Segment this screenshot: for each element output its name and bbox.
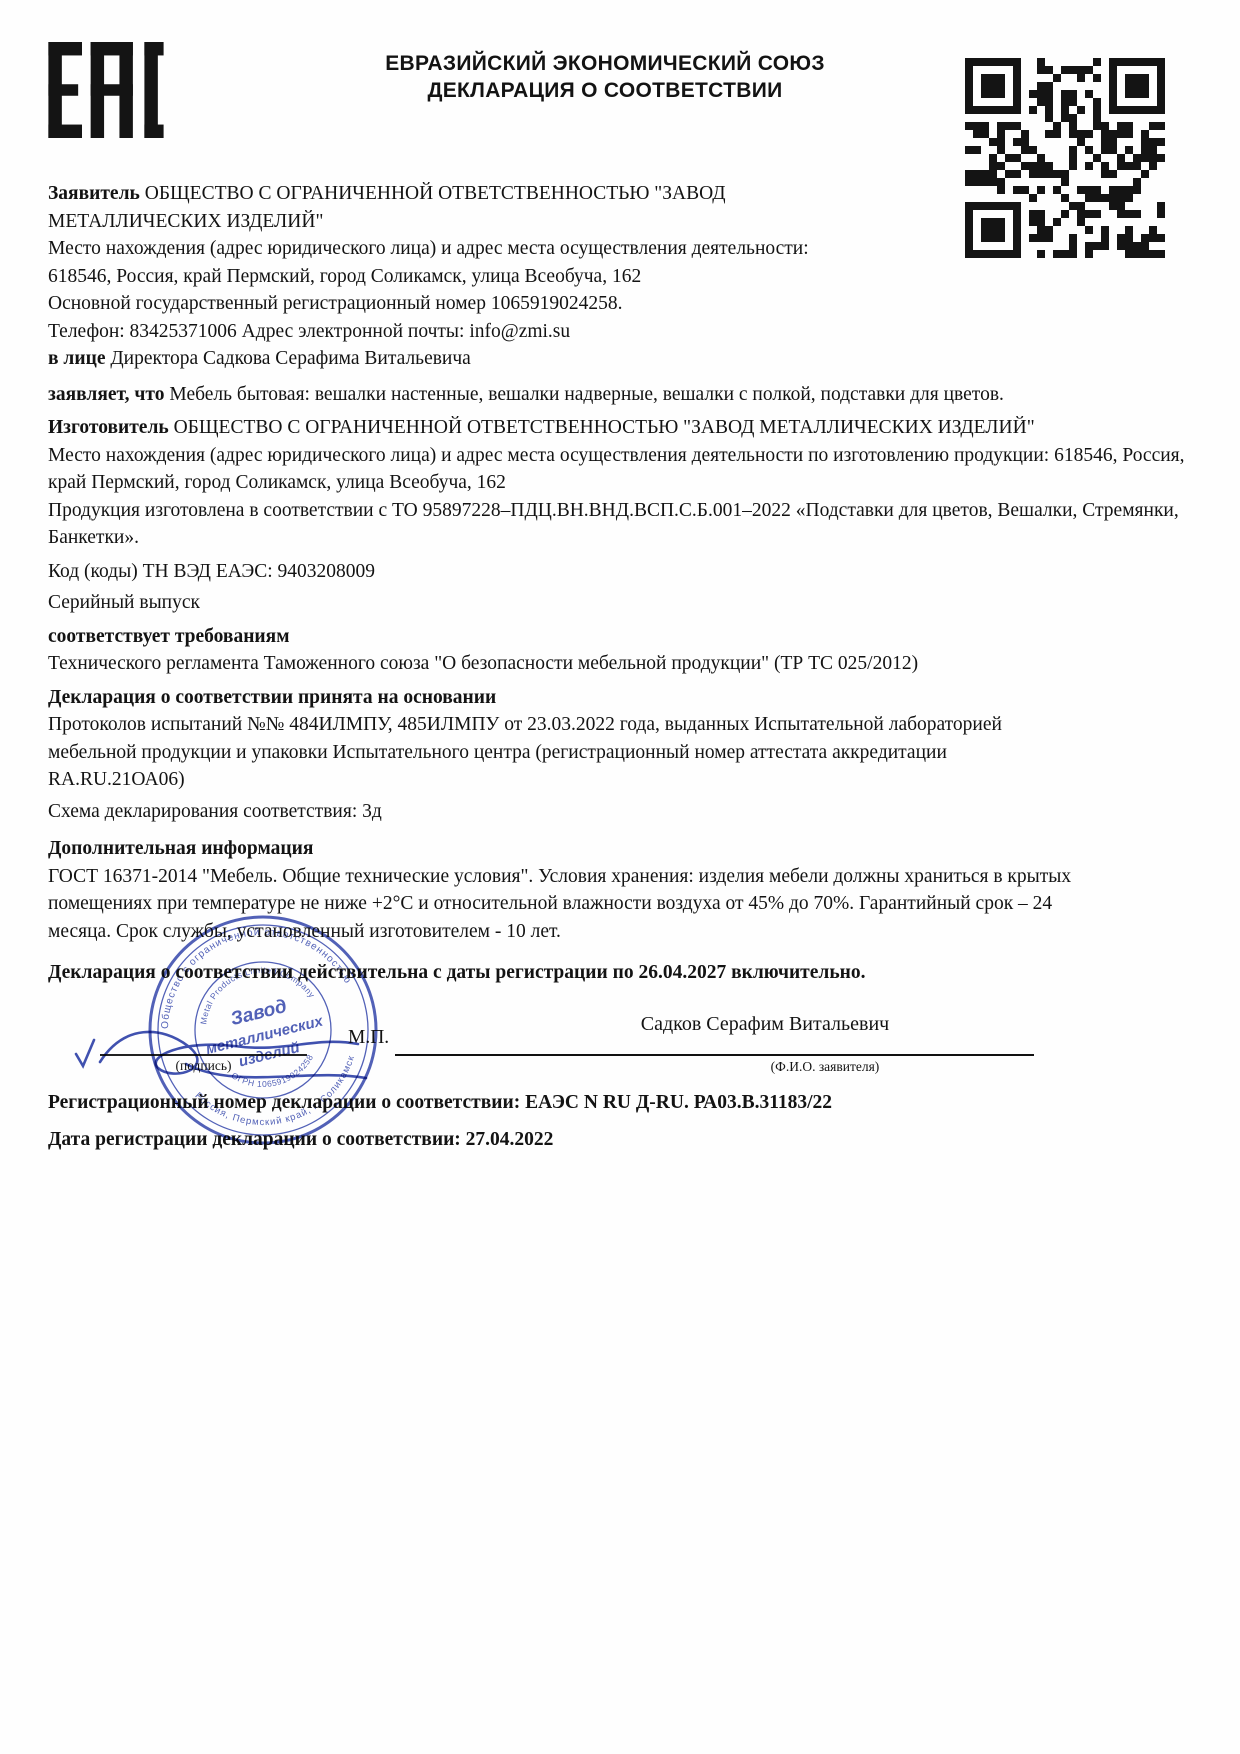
fio-caption: (Ф.И.О. заявителя) — [560, 1059, 1090, 1075]
signature-block: (подпись) М.П. Садков Серафим Витальевич… — [48, 1001, 1196, 1081]
manufacturer-paragraph: Изготовитель ОБЩЕСТВО С ОГРАНИЧЕННОЙ ОТВ… — [48, 414, 1196, 442]
conforms-heading: соответствует требованиям — [48, 623, 1196, 651]
qr-code-icon — [965, 58, 1165, 258]
eac-logo-icon — [48, 42, 164, 138]
extra-label: Дополнительная информация — [48, 838, 313, 859]
signature-line — [100, 1054, 307, 1056]
declares-paragraph: заявляет, что Мебель бытовая: вешалки на… — [48, 381, 1196, 409]
basis-label: Декларация о соответствии принята на осн… — [48, 687, 496, 708]
declares-value: Мебель бытовая: вешалки настенные, вешал… — [169, 384, 1004, 405]
manufacturer-label: Изготовитель — [48, 417, 169, 438]
contacts-line: Телефон: 83425371006 Адрес электронной п… — [48, 318, 1196, 346]
spec-line: Продукция изготовлена в соответствии с Т… — [48, 497, 1196, 552]
applicant-fio: Садков Серафим Витальевич — [500, 1013, 1030, 1036]
applicant-value: ОБЩЕСТВО С ОГРАНИЧЕННОЙ ОТВЕТСТВЕННОСТЬЮ… — [48, 183, 726, 232]
person-value: Директора Садкова Серафима Витальевича — [110, 348, 470, 369]
declaration-document: ЕВРАЗИЙСКИЙ ЭКОНОМИЧЕСКИЙ СОЮЗ ДЕКЛАРАЦИ… — [0, 0, 1240, 1754]
document-title: ЕВРАЗИЙСКИЙ ЭКОНОМИЧЕСКИЙ СОЮЗ ДЕКЛАРАЦИ… — [164, 50, 1046, 104]
serial-line: Серийный выпуск — [48, 589, 1196, 617]
conforms-text: Технического регламента Таможенного союз… — [48, 650, 1196, 678]
manufacturer-address: Место нахождения (адрес юридического лиц… — [48, 442, 1196, 497]
registration-number-line: Регистрационный номер декларации о соотв… — [48, 1089, 1196, 1117]
registration-date-line: Дата регистрации декларации о соответств… — [48, 1126, 1196, 1154]
tnved-line: Код (коды) ТН ВЭД ЕАЭС: 9403208009 — [48, 558, 1196, 586]
extra-text: ГОСТ 16371-2014 "Мебель. Общие техническ… — [48, 863, 1098, 946]
conforms-label: соответствует требованиям — [48, 626, 290, 647]
declares-label: заявляет, что — [48, 384, 165, 405]
name-line — [395, 1054, 1034, 1056]
applicant-address: Место нахождения (адрес юридического лиц… — [48, 235, 838, 290]
manufacturer-value: ОБЩЕСТВО С ОГРАНИЧЕННОЙ ОТВЕТСТВЕННОСТЬЮ… — [174, 417, 1035, 438]
basis-text: Протоколов испытаний №№ 484ИЛМПУ, 485ИЛМ… — [48, 711, 1078, 794]
signature-caption: (подпись) — [100, 1058, 307, 1074]
applicant-label: Заявитель — [48, 183, 140, 204]
person-paragraph: в лице Директора Садкова Серафима Виталь… — [48, 345, 1196, 373]
document-body: Заявитель ОБЩЕСТВО С ОГРАНИЧЕННОЙ ОТВЕТС… — [0, 180, 1240, 1154]
validity-line: Декларация о соответствии действительна … — [48, 959, 1196, 987]
applicant-paragraph: Заявитель ОБЩЕСТВО С ОГРАНИЧЕННОЙ ОТВЕТС… — [48, 180, 868, 235]
doc-type-title: ДЕКЛАРАЦИЯ О СООТВЕТСТВИИ — [164, 77, 1046, 104]
scheme-line: Схема декларирования соответствия: 3д — [48, 798, 1196, 826]
basis-heading: Декларация о соответствии принята на осн… — [48, 684, 1196, 712]
ogrn-line: Основной государственный регистрационный… — [48, 290, 1196, 318]
person-label: в лице — [48, 348, 105, 369]
validity-text: Декларация о соответствии действительна … — [48, 962, 866, 983]
extra-heading: Дополнительная информация — [48, 835, 1196, 863]
stamp-place-label: М.П. — [348, 1027, 389, 1049]
union-title: ЕВРАЗИЙСКИЙ ЭКОНОМИЧЕСКИЙ СОЮЗ — [164, 50, 1046, 77]
